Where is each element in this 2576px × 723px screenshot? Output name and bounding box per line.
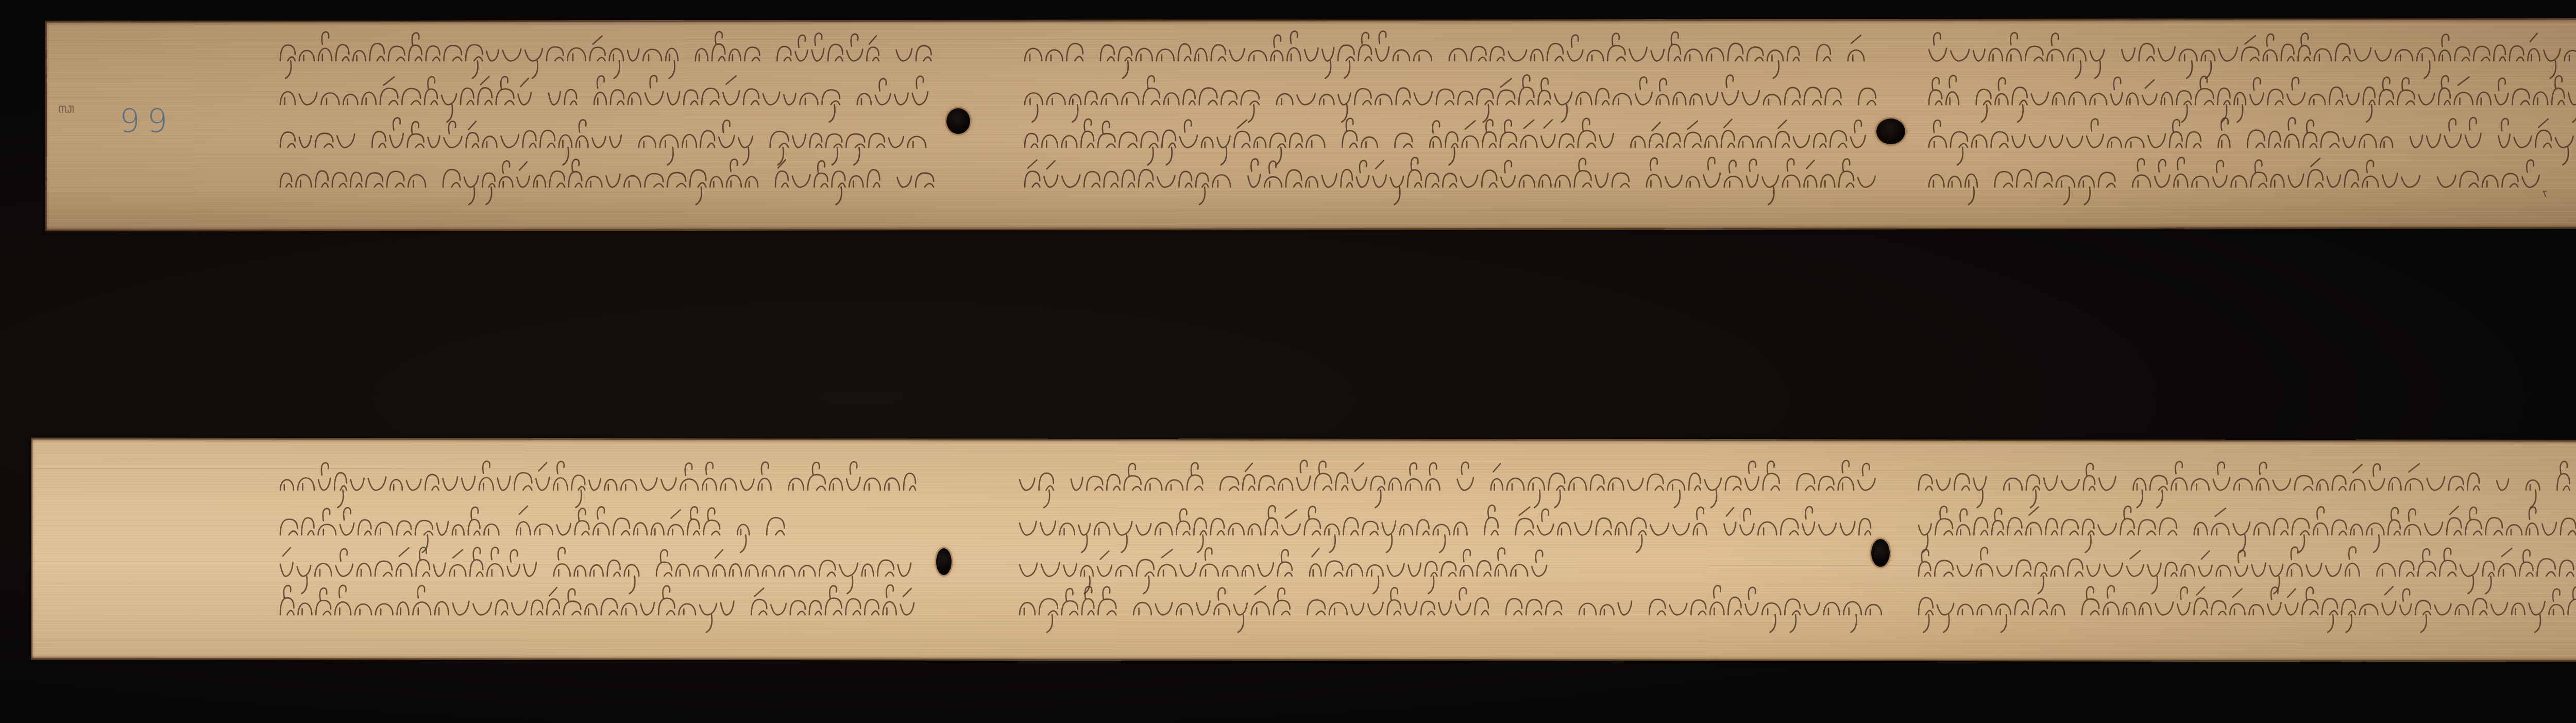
balinese-script-glyphs xyxy=(1018,551,1875,587)
script-line: [Balinese script, line 1] xyxy=(278,36,922,72)
script-line: [Balinese script, line 1] xyxy=(278,465,917,501)
balinese-script-glyphs xyxy=(1917,465,2576,501)
balinese-script-glyphs xyxy=(278,36,922,72)
balinese-script-glyphs xyxy=(278,590,917,626)
margin-numeral-mark: ꦓ xyxy=(58,98,75,125)
script-line: [Balinese script, line 4] xyxy=(278,162,922,198)
script-line: [Balinese script, line 4] xyxy=(1023,162,1868,198)
string-hole xyxy=(946,108,970,134)
folio-number: 99 xyxy=(120,102,175,140)
balinese-script-glyphs xyxy=(278,80,922,116)
script-line: [Balinese script, line 3] xyxy=(1927,123,2576,159)
script-line: [Balinese script, line 2] xyxy=(278,510,917,546)
balinese-script-glyphs xyxy=(1023,123,1868,159)
balinese-script-glyphs xyxy=(1917,551,2576,587)
balinese-script-glyphs xyxy=(278,465,917,501)
script-line: [Balinese script, line 3] xyxy=(278,551,917,587)
string-hole xyxy=(1876,119,1905,144)
script-line: [Balinese script, line 1] xyxy=(1018,465,1875,501)
script-line: [Balinese script, line 2] xyxy=(1927,80,2576,116)
script-line: [Balinese script, line 2] xyxy=(278,80,922,116)
script-line: [Balinese script, line 4] xyxy=(1927,162,2576,198)
balinese-script-glyphs xyxy=(1023,36,1868,72)
balinese-script-glyphs xyxy=(1023,162,1868,198)
script-line: [Balinese script, line 2] xyxy=(1917,510,2576,546)
balinese-script-glyphs xyxy=(278,510,917,546)
balinese-script-glyphs xyxy=(278,551,917,587)
balinese-script-glyphs xyxy=(1927,123,2576,159)
script-line: [Balinese script, line 1] xyxy=(1927,36,2576,72)
script-line: [Balinese script, line 4] xyxy=(1917,590,2576,626)
balinese-script-glyphs xyxy=(1927,162,2576,198)
script-line: [Balinese script, line 1] xyxy=(1023,36,1868,72)
script-line: [Balinese script, line 4] xyxy=(278,590,917,626)
balinese-script-glyphs xyxy=(1018,590,1875,626)
balinese-script-glyphs xyxy=(1917,590,2576,626)
script-line: [Balinese script, line 2] xyxy=(1023,80,1868,116)
script-line: [Balinese script, line 3] xyxy=(1018,551,1875,587)
balinese-script-glyphs xyxy=(1927,80,2576,116)
script-line: [Balinese script, line 4] xyxy=(1018,590,1875,626)
script-line: [Balinese script, line 2] xyxy=(1018,510,1875,546)
script-line: [Balinese script, line 3] xyxy=(1023,123,1868,159)
balinese-script-glyphs xyxy=(278,162,922,198)
balinese-script-glyphs xyxy=(1018,510,1875,546)
script-line: [Balinese script, line 3] xyxy=(278,123,922,159)
balinese-script-glyphs xyxy=(278,123,922,159)
balinese-script-glyphs xyxy=(1018,465,1875,501)
string-hole xyxy=(936,548,952,575)
section-end-mark: ꧏ xyxy=(2543,184,2548,208)
balinese-script-glyphs xyxy=(1023,80,1868,116)
script-line: [Balinese script, line 1] xyxy=(1917,465,2576,501)
balinese-script-glyphs xyxy=(1927,36,2576,72)
script-line: [Balinese script, line 3] xyxy=(1917,551,2576,587)
balinese-script-glyphs xyxy=(1917,510,2576,546)
